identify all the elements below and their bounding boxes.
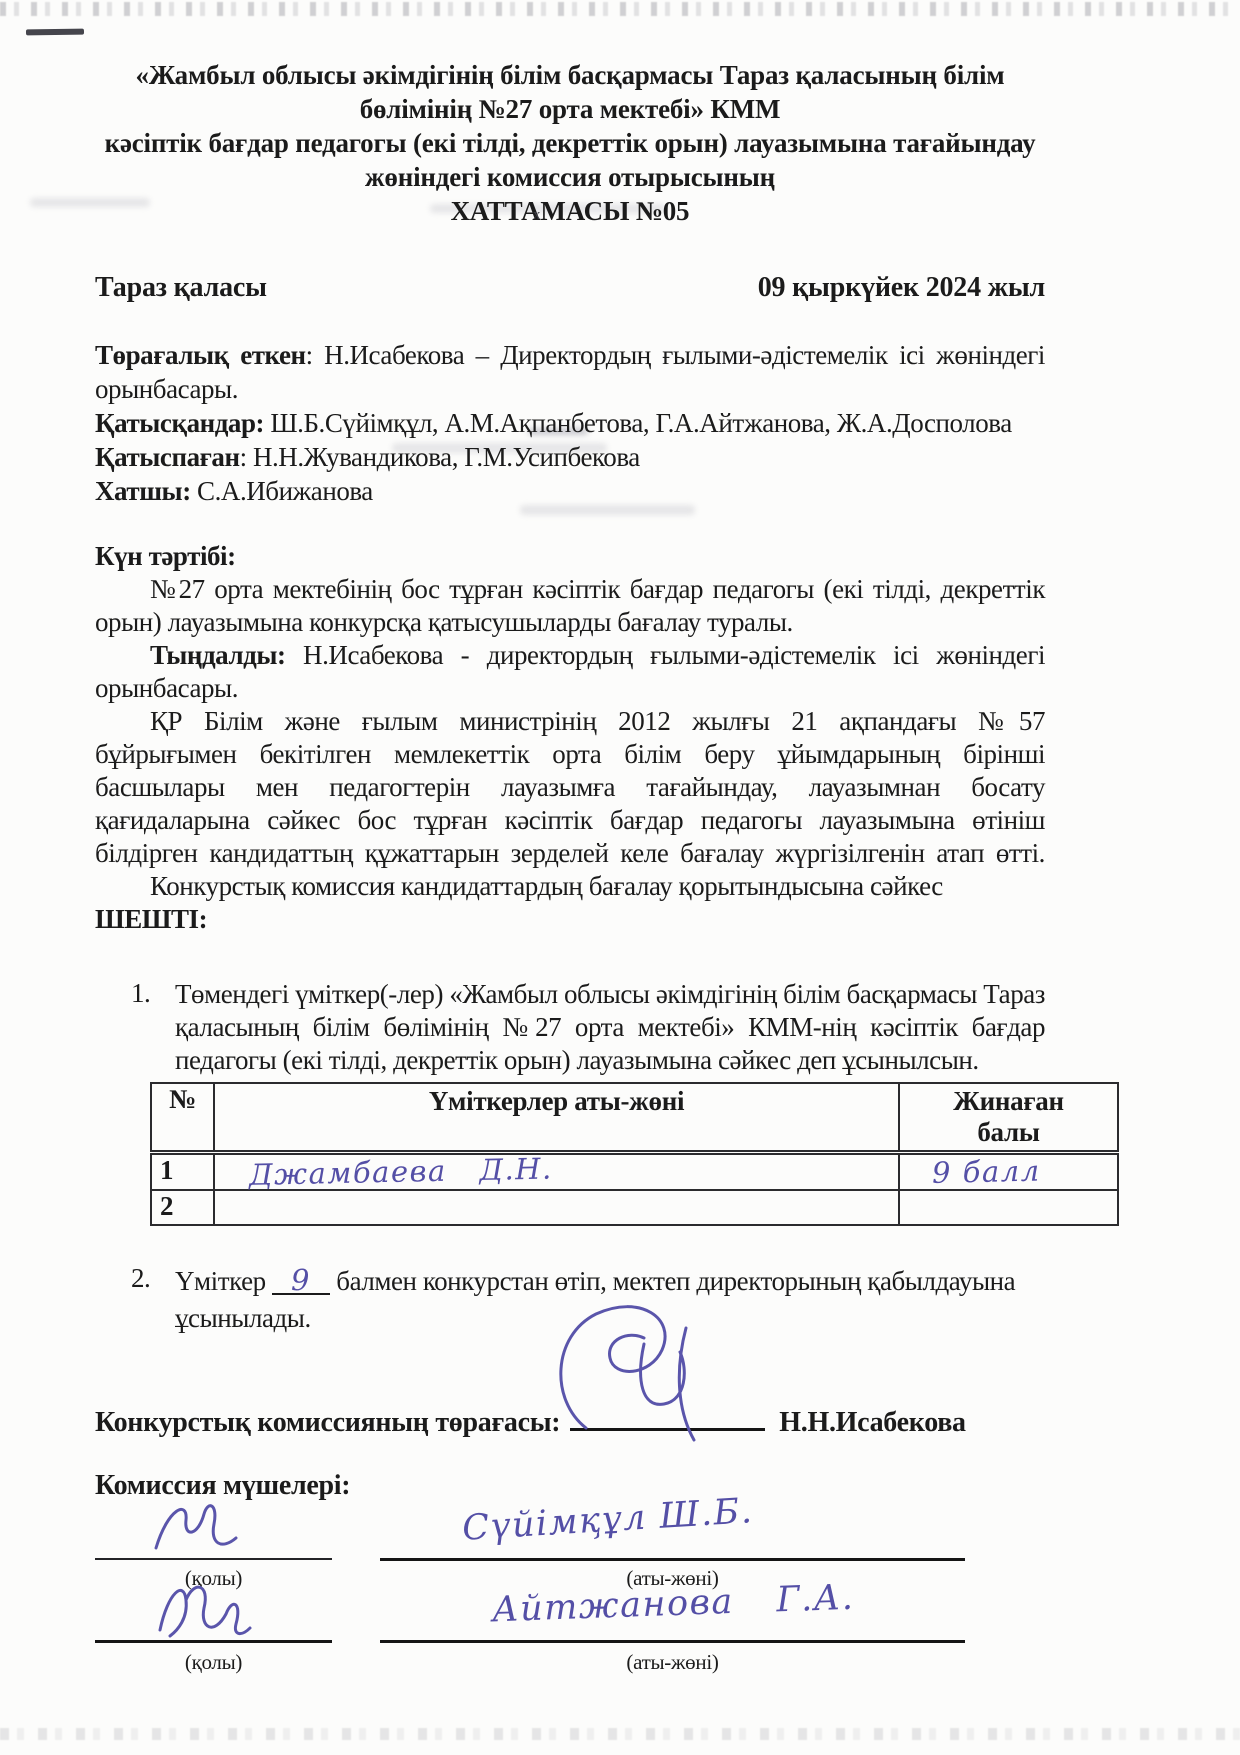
row-number-cell: 1 <box>151 1153 214 1191</box>
signature-line <box>380 1640 965 1643</box>
handwritten-member-name: Сүйімқұл Ш.Б. <box>461 1491 754 1549</box>
chairperson-line: Төрағалық еткен: Н.Исабекова – Директорд… <box>95 338 1045 372</box>
chairperson-label: Төрағалық еткен <box>95 340 306 370</box>
title-line: бөлімінің №27 орта мектебі» КММ <box>95 92 1045 126</box>
handwritten-score <box>906 1215 932 1216</box>
member-signature-icon <box>148 1496 268 1558</box>
protocol-number-line: ХАТТАМАСЫ №05 <box>95 194 1045 228</box>
score-cell <box>899 1190 1118 1225</box>
secretary-label: Хатшы: <box>95 476 191 506</box>
agenda-block: Күн тәртібі: №27 орта мектебінің бос тұр… <box>95 540 1045 936</box>
col-header-number: № <box>151 1083 214 1153</box>
absent-line: Қатыспаған: Н.Н.Жувандикова, Г.М.Усипбек… <box>95 440 1045 474</box>
place-and-date-row: Тараз қаласы 09 қыркүйек 2024 жыл <box>95 272 1045 304</box>
handwritten-candidate-name <box>221 1215 249 1216</box>
secretary-line: Хатшы: С.А.Ибижанова <box>95 474 1045 508</box>
present-names: Ш.Б.Сүйімқұл, А.М.Ақпанбетова, Г.А.Айтжа… <box>264 408 1012 438</box>
attendance-block: Төрағалық еткен: Н.Исабекова – Директорд… <box>95 338 1045 508</box>
chairperson-text: : Н.Исабекова – Директордың ғылыми-әдіст… <box>306 340 1045 370</box>
scan-noise-bottom <box>0 1728 1240 1740</box>
item-number: 1. <box>131 978 150 1009</box>
heard-label: Тыңдалды: <box>150 640 286 670</box>
score-cell: 9 балл <box>899 1153 1118 1191</box>
candidates-table: № Үміткерлер аты-жөні Жинаған балы 1 Джа… <box>150 1082 1119 1226</box>
table-row: 2 <box>151 1190 1118 1225</box>
signature-line <box>95 1640 332 1643</box>
narrative-line: ҚР Білім және ғылым министрінің 2012 жыл… <box>95 705 1045 738</box>
title-line: кәсіптік бағдар педагогы (екі тілді, дек… <box>95 126 1045 160</box>
narrative-line: бұйрығымен бекітілген мемлекеттік орта б… <box>95 738 1045 771</box>
decision-item-1: 1. Төмендегі үміткер(-лер) «Жамбыл облыс… <box>131 978 1045 1077</box>
table-row: 1 Джамбаева Д.Н. 9 балл <box>151 1153 1118 1191</box>
member-signature-icon <box>150 1578 260 1640</box>
table-header-row: № Үміткерлер аты-жөні Жинаған балы <box>151 1083 1118 1153</box>
present-label: Қатысқандар: <box>95 408 264 438</box>
candidate-name-cell <box>214 1190 899 1225</box>
narrative-line: қағидаларына сәйкес бос тұрған кәсіптік … <box>95 804 1045 837</box>
col-header-score-line: Жинаған <box>906 1086 1111 1117</box>
heard-line-wrap: орынбасары. <box>95 672 1045 705</box>
scan-x-artifact: х <box>533 198 540 232</box>
narrative-line: Конкурстық комиссия кандидаттардың бағал… <box>95 870 1045 903</box>
signature-line <box>95 1558 332 1560</box>
city-label: Тараз қаласы <box>95 272 267 304</box>
narrative-line: білдірген кандидаттың құжаттарын зерделе… <box>95 837 1045 870</box>
agenda-heading: Күн тәртібі: <box>95 540 1045 573</box>
sign-label: (қолы) <box>95 1650 332 1675</box>
present-line: Қатысқандар: Ш.Б.Сүйімқұл, А.М.Ақпанбето… <box>95 406 1045 440</box>
signature-line <box>380 1558 965 1561</box>
scanned-protocol-document: «Жамбыл облысы әкімдігінің білім басқарм… <box>0 0 1240 1755</box>
chair-signature-icon <box>548 1300 748 1450</box>
item2-prefix: Үміткер <box>175 1266 266 1296</box>
secretary-name: С.А.Ибижанова <box>191 476 373 506</box>
absent-label: Қатыспаған <box>95 442 240 472</box>
agenda-text-line: №27 орта мектебінің бос тұрған кәсіптік … <box>95 573 1045 606</box>
handwritten-score-on-blank: 9 <box>272 1267 330 1295</box>
handwritten-candidate-name: Джамбаева Д.Н. <box>221 1152 553 1193</box>
item-number: 2. <box>131 1263 150 1294</box>
chair-signature-label: Конкурстық комиссияның төрағасы: <box>95 1407 560 1438</box>
chairperson-line-wrap: орынбасары. <box>95 372 1045 406</box>
decision-text-line: қаласының білім бөлімінің №27 орта мекте… <box>175 1011 1045 1044</box>
scan-noise-top <box>0 2 1240 16</box>
title-line: «Жамбыл облысы әкімдігінің білім басқарм… <box>95 58 1045 92</box>
heard-line: Тыңдалды: Н.Исабекова - директордың ғылы… <box>95 639 1045 672</box>
decided-heading: ШЕШТІ: <box>95 903 1045 936</box>
document-title: «Жамбыл облысы әкімдігінің білім басқарм… <box>95 58 1045 228</box>
name-label: (аты-жөні) <box>380 1650 965 1675</box>
row-number-cell: 2 <box>151 1190 214 1225</box>
candidate-name-cell: Джамбаева Д.Н. <box>214 1153 899 1191</box>
col-header-candidate-name: Үміткерлер аты-жөні <box>214 1083 899 1153</box>
narrative-line: басшылары мен педагогтерін лауазымға тағ… <box>95 771 1045 804</box>
scan-mark-dash <box>26 29 84 36</box>
title-line: жөніндегі комиссия отырысының <box>95 160 1045 194</box>
chair-name: Н.Н.Исабекова <box>779 1407 965 1438</box>
col-header-score-line: балы <box>906 1117 1111 1148</box>
handwritten-score: 9 балл <box>906 1154 1041 1191</box>
decision-text-line: педагогы (екі тілді, декреттік орын) лау… <box>175 1044 1045 1077</box>
heard-text: Н.Исабекова - директордың ғылыми-әдістем… <box>286 640 1045 670</box>
decision-text-line: Үміткер 9 балмен конкурстан өтіп, мектеп… <box>175 1263 1045 1300</box>
agenda-text-line: орын) лауазымына конкурсқа қатысушыларды… <box>95 606 1045 639</box>
col-header-score: Жинаған балы <box>899 1083 1118 1153</box>
item2-rest: балмен конкурстан өтіп, мектеп директоры… <box>330 1266 1015 1296</box>
decision-text-line: Төмендегі үміткер(-лер) «Жамбыл облысы ә… <box>175 978 1045 1011</box>
absent-names: : Н.Н.Жувандикова, Г.М.Усипбекова <box>240 442 640 472</box>
date-label: 09 қыркүйек 2024 жыл <box>758 272 1045 304</box>
